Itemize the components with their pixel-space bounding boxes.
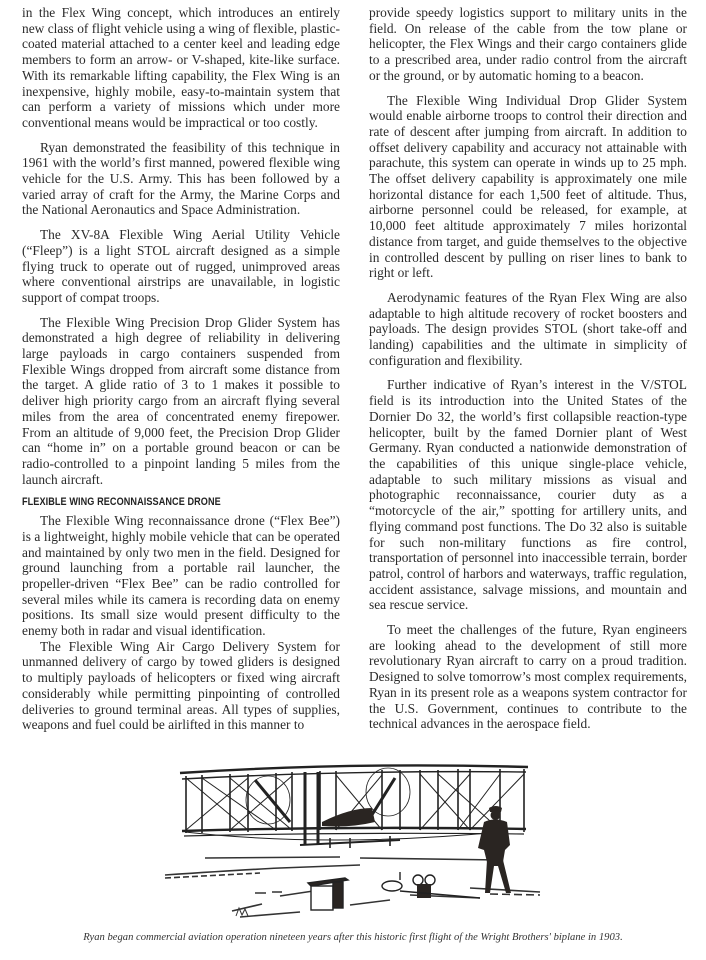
paragraph-future-challenges: To meet the challenges of the future, Ry… [369, 622, 687, 732]
paragraph-ryan-1961-demonstration: Ryan demonstrated the feasibility of thi… [22, 140, 340, 219]
paragraph-flex-wing-intro-continued: in the Flex Wing concept, which introduc… [22, 5, 340, 131]
paragraph-air-cargo-continued: provide speedy logistics support to mili… [369, 5, 687, 84]
paragraph-air-cargo-delivery: The Flexible Wing Air Cargo Delivery Sys… [22, 639, 340, 733]
paragraph-aerodynamic-features: Aerodynamic features of the Ryan Flex Wi… [369, 290, 687, 369]
paragraph-individual-drop-glider: The Flexible Wing Individual Drop Glider… [369, 93, 687, 281]
left-column: in the Flex Wing concept, which introduc… [22, 5, 340, 733]
paragraph-dornier-do32: Further indicative of Ryan’s interest in… [369, 377, 687, 613]
section-heading-reconnaissance-drone: FLEXIBLE WING RECONNAISSANCE DRONE [22, 495, 295, 511]
paragraph-precision-drop-glider: The Flexible Wing Precision Drop Glider … [22, 315, 340, 488]
figure-caption: Ryan began commercial aviation operation… [0, 932, 706, 943]
paragraph-flex-bee-drone: The Flexible Wing reconnaissance drone (… [22, 513, 340, 639]
wright-biplane-illustration [0, 745, 706, 925]
right-column: provide speedy logistics support to mili… [369, 5, 687, 741]
paragraph-xv8a-fleep: The XV-8A Flexible Wing Aerial Utility V… [22, 227, 340, 306]
biplane-drawing-icon [0, 745, 706, 925]
